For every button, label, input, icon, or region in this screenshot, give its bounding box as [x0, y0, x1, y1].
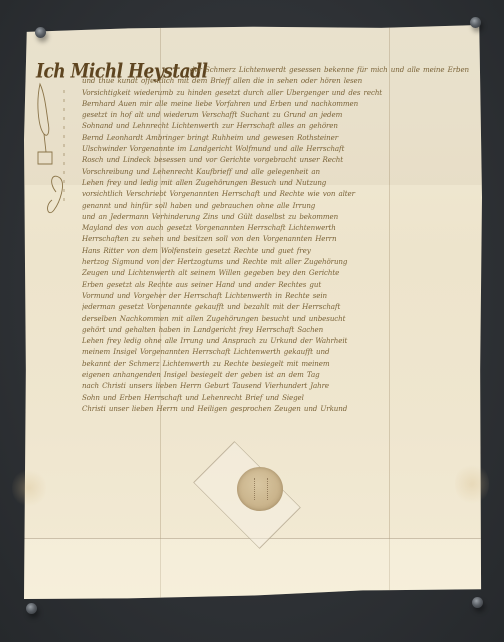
mounting-pin-icon: [470, 17, 481, 28]
text-line: gehört und gehalten haben in Landgericht…: [82, 324, 474, 335]
mounting-pin-icon: [35, 27, 46, 38]
text-line: Mayland des von auch gesetzt Vorgenannte…: [82, 222, 474, 233]
text-line: der Schmerz Lichtenwerdt gesessen bekenn…: [82, 64, 474, 75]
text-line: bekannt der Schmerz Lichtenwerth zu Rech…: [82, 358, 474, 369]
mounting-pin-icon: [472, 597, 483, 608]
text-line: Erben gesetzt als Rechte aus seiner Hand…: [82, 279, 474, 290]
text-line: Lehen frey ledig ohne alle Irrung und An…: [82, 335, 474, 346]
text-line: Vormund und Vorgeher der Herrschaft Lich…: [82, 290, 474, 301]
text-line: Christi unser lieben Herrn und Heiligen …: [82, 403, 474, 414]
text-line: meinem Insigel Vorgenannten Herrschaft L…: [82, 346, 474, 357]
text-line: Sohn und Erben Herrschaft und Lehenrecht…: [82, 392, 474, 403]
text-line: Ulschwinder Vorgenannte im Landgericht W…: [82, 143, 474, 154]
text-line: Vorsichtigkeit wiederumb zu hinden geset…: [82, 87, 474, 98]
text-line: Zeugen und Lichtenwerth alt seinem Wille…: [82, 267, 474, 278]
text-line: Sohnand und Lehnrecht Lichtenwerth zur H…: [82, 120, 474, 131]
text-line: nach Christi unsers lieben Herrn Geburt …: [82, 380, 474, 391]
text-line: und an Jedermann Verhinderung Zins und G…: [82, 211, 474, 222]
manuscript-body: der Schmerz Lichtenwerdt gesessen bekenn…: [82, 64, 474, 414]
text-line: Bernd Leonhardt Ambringer bringt Ruhheim…: [82, 132, 474, 143]
water-stain: [455, 462, 489, 506]
text-line: jederman gesetzt Vorgenannte gekaufft un…: [82, 301, 474, 312]
water-stain: [12, 468, 46, 508]
text-line: eigenen anhangenden Insigel besiegelt de…: [82, 369, 474, 380]
text-line: Vorschreibung und Lehenrecht Kaufbrieff …: [82, 166, 474, 177]
text-line: derselben Nachkommen mit allen Zugehörun…: [82, 313, 474, 324]
mounting-pin-icon: [26, 603, 37, 614]
text-line: und thue kundt offentlich mit dem Brieff…: [82, 75, 474, 86]
text-line: gesetzt in hof alt und wiederum Verschaf…: [82, 109, 474, 120]
text-line: Hans Ritter von dem Wolfenstein gesetzt …: [82, 245, 474, 256]
text-line: Lehen frey und ledig mit allen Zugehörun…: [82, 177, 474, 188]
seal-impression: [254, 478, 268, 500]
text-line: hertzog Sigmund von der Hertzogtums und …: [82, 256, 474, 267]
text-line: Bernhard Auen mir alle meine liebe Vorfa…: [82, 98, 474, 109]
bottom-turnup: [24, 538, 482, 599]
text-line: Rosch und Lindeck besessen und vor Geric…: [82, 154, 474, 165]
text-line: genannt und hinfür soll haben und gebrau…: [82, 200, 474, 211]
text-line: Herrschaften zu sehen und besitzen soll …: [82, 233, 474, 244]
text-line: vorsichtlich Verschriebt Vorgenannten He…: [82, 188, 474, 199]
marginal-flourish-icon: [34, 82, 74, 222]
